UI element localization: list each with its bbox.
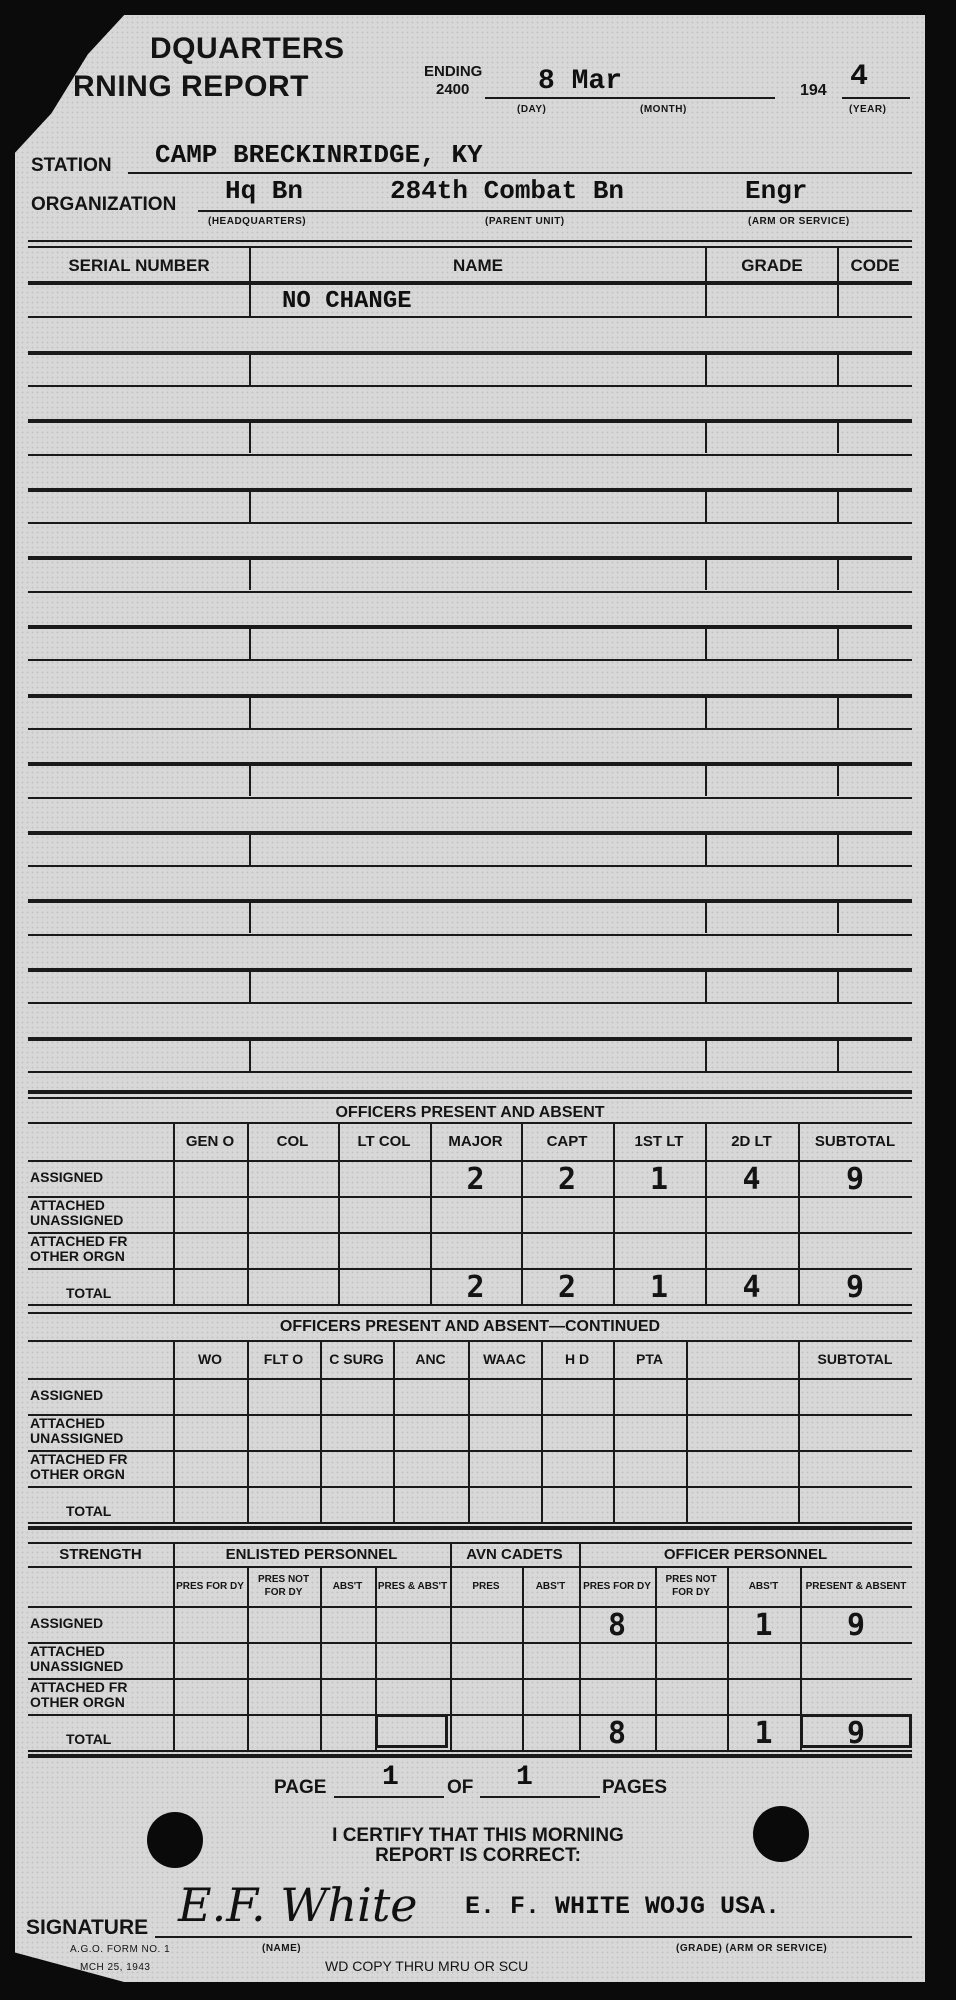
strength-cell-value[interactable]: 1	[727, 1608, 800, 1643]
roster-col-divider	[705, 556, 707, 590]
roster-col-divider	[837, 1037, 839, 1071]
roster-col-divider	[837, 625, 839, 659]
officers-cell-value[interactable]: 1	[613, 1270, 705, 1305]
roster-col-divider	[249, 625, 251, 659]
officers-continued-col-header: PTA	[613, 1340, 686, 1378]
roster-col-divider	[837, 351, 839, 385]
col-serial-number: SERIAL NUMBER	[28, 256, 250, 276]
roster-col-divider	[837, 282, 839, 316]
officers-cell-value[interactable]: 9	[798, 1270, 912, 1305]
strength-col-header: ABS'T	[727, 1566, 800, 1606]
officers-continued-col-header: ANC	[393, 1340, 468, 1378]
caption-headquarters: (HEADQUARTERS)	[208, 216, 306, 227]
officers-col-header: 1ST LT	[613, 1122, 705, 1160]
strength-cell-value[interactable]: 9	[800, 1608, 912, 1643]
roster-col-divider	[837, 831, 839, 865]
col-grade: GRADE	[706, 256, 838, 276]
officers-col-header: 2D LT	[705, 1122, 798, 1160]
roster-col-divider	[249, 351, 251, 385]
certify-line1: I CERTIFY THAT THIS MORNING	[250, 1826, 706, 1846]
col-name: NAME	[250, 256, 706, 276]
roster-col-divider	[705, 419, 707, 453]
caption-grade-arm: (GRADE) (ARM OR SERVICE)	[676, 1943, 827, 1954]
strength-row-label: ATTACHED UNASSIGNED	[30, 1644, 170, 1674]
station-label: STATION	[31, 155, 112, 177]
strength-col-header: PRES NOT FOR DY	[247, 1566, 320, 1606]
officers-col-header: MAJOR	[430, 1122, 521, 1160]
strength-row-label: ATTACHED FR OTHER ORGN	[30, 1680, 170, 1710]
handwritten-signature[interactable]: E.F. White	[178, 1878, 418, 1932]
station-value[interactable]: CAMP BRECKINRIDGE, KY	[155, 140, 483, 170]
officers-col-header: GEN O	[173, 1122, 247, 1160]
officers-continued-col-header: FLT O	[247, 1340, 320, 1378]
caption-name: (NAME)	[262, 1943, 301, 1954]
strength-col-header: ABS'T	[320, 1566, 375, 1606]
total-box	[800, 1714, 912, 1748]
col-code: CODE	[838, 256, 912, 276]
officers-continued-col-header: C SURG	[320, 1340, 393, 1378]
officers-continued-col-header: H D	[541, 1340, 613, 1378]
officers-col-header: CAPT	[521, 1122, 613, 1160]
officers-col-header: SUBTOTAL	[798, 1122, 912, 1160]
organization-label: ORGANIZATION	[31, 194, 176, 216]
strength-cell-value[interactable]: 8	[579, 1716, 655, 1751]
strength-col-header: PRES FOR DY	[579, 1566, 655, 1606]
caption-arm: (ARM OR SERVICE)	[748, 216, 850, 227]
roster-col-divider	[249, 282, 251, 316]
roster-col-divider	[705, 488, 707, 522]
officers-continued-col-header: SUBTOTAL	[798, 1340, 912, 1378]
year-caption: (YEAR)	[849, 104, 886, 115]
roster-col-divider	[705, 762, 707, 796]
roster-col-divider	[705, 282, 707, 316]
roster-col-divider	[249, 831, 251, 865]
organization-parent-unit[interactable]: 284th Combat Bn	[390, 176, 624, 206]
officers-cell-value[interactable]: 4	[705, 1270, 798, 1305]
pages-label: PAGES	[602, 1777, 667, 1799]
page-value[interactable]: 1	[382, 1762, 399, 1793]
typed-signature-name[interactable]: E. F. WHITE WOJG USA.	[465, 1892, 780, 1921]
roster-col-divider	[837, 488, 839, 522]
roster-col-divider	[837, 762, 839, 796]
strength-cell-value[interactable]: 1	[727, 1716, 800, 1751]
roster-col-divider	[705, 1037, 707, 1071]
total-box	[375, 1714, 448, 1748]
roster-col-divider	[837, 899, 839, 933]
strength-group-header: AVN CADETS	[450, 1542, 579, 1566]
officers-row-label: ATTACHED UNASSIGNED	[30, 1198, 170, 1228]
officers-continued-row-label: ATTACHED UNASSIGNED	[30, 1416, 170, 1446]
form-number: A.G.O. FORM NO. 1	[70, 1944, 170, 1955]
day-caption: (DAY)	[517, 104, 546, 115]
officers-continued-col-header: WAAC	[468, 1340, 541, 1378]
strength-col-header: PRES	[450, 1566, 522, 1606]
roster-col-divider	[705, 968, 707, 1002]
ending-time-label: 2400	[436, 82, 469, 97]
officers-row-label: ASSIGNED	[30, 1170, 170, 1185]
month-caption: (MONTH)	[640, 104, 687, 115]
roster-col-divider	[705, 351, 707, 385]
ending-label: ENDING	[424, 64, 482, 79]
roster-col-divider	[249, 694, 251, 728]
strength-col-header: PRES FOR DY	[173, 1566, 247, 1606]
officers-col-header: COL	[247, 1122, 338, 1160]
officers-continued-title: OFFICERS PRESENT AND ABSENT—CONTINUED	[28, 1318, 912, 1336]
roster-col-divider	[249, 762, 251, 796]
roster-col-divider	[837, 556, 839, 590]
strength-group-header: ENLISTED PERSONNEL	[173, 1542, 450, 1566]
roster-col-divider	[837, 968, 839, 1002]
strength-col-header: PRES & ABS'T	[375, 1566, 450, 1606]
year-prefix: 194	[800, 82, 827, 100]
certify-line2: REPORT IS CORRECT:	[250, 1846, 706, 1866]
roster-col-divider	[249, 556, 251, 590]
officers-continued-col-header: WO	[173, 1340, 247, 1378]
officers-title: OFFICERS PRESENT AND ABSENT	[28, 1104, 912, 1122]
roster-col-divider	[249, 419, 251, 453]
strength-row-label: TOTAL	[30, 1732, 206, 1747]
date-value[interactable]: 8 Mar	[538, 66, 622, 97]
officers-col-header: LT COL	[338, 1122, 430, 1160]
strength-cell-value[interactable]: 8	[579, 1608, 655, 1643]
page-label: PAGE	[274, 1777, 326, 1799]
officers-cell-value[interactable]: 2	[430, 1270, 521, 1305]
roster-col-divider	[837, 694, 839, 728]
punch-hole-left	[147, 1812, 203, 1868]
organization-headquarters[interactable]: Hq Bn	[225, 176, 303, 206]
officers-continued-col-header	[686, 1340, 798, 1378]
roster-entry-name[interactable]: NO CHANGE	[282, 288, 412, 315]
roster-col-divider	[249, 488, 251, 522]
year-value[interactable]: 4	[850, 60, 868, 94]
roster-col-divider	[705, 831, 707, 865]
officers-cell-value[interactable]: 2	[430, 1162, 521, 1197]
form-title-line1: DQUARTERS	[150, 32, 345, 66]
roster-col-divider	[837, 419, 839, 453]
copy-note: WD COPY THRU MRU OR SCU	[325, 1958, 528, 1974]
form-title-line2: RNING REPORT	[73, 70, 309, 104]
caption-parent-unit: (PARENT UNIT)	[485, 216, 565, 227]
officers-cell-value[interactable]: 2	[521, 1162, 613, 1197]
punch-hole-right	[753, 1806, 809, 1862]
officers-cell-value[interactable]: 1	[613, 1162, 705, 1197]
officers-row-label: ATTACHED FR OTHER ORGN	[30, 1234, 170, 1264]
officers-cell-value[interactable]: 4	[705, 1162, 798, 1197]
roster-col-divider	[249, 968, 251, 1002]
form-date: MCH 25, 1943	[80, 1962, 150, 1973]
strength-col-header: PRESENT & ABSENT	[800, 1566, 912, 1606]
roster-col-divider	[705, 899, 707, 933]
officers-cell-value[interactable]: 2	[521, 1270, 613, 1305]
strength-label: STRENGTH	[28, 1542, 173, 1566]
strength-row-label: ASSIGNED	[30, 1616, 170, 1631]
of-label: OF	[447, 1777, 473, 1799]
officers-row-label: TOTAL	[30, 1286, 206, 1301]
roster-col-divider	[249, 1037, 251, 1071]
strength-col-header: ABS'T	[522, 1566, 579, 1606]
organization-arm[interactable]: Engr	[745, 176, 807, 206]
officers-continued-row-label: ASSIGNED	[30, 1388, 170, 1403]
strength-group-header: OFFICER PERSONNEL	[579, 1542, 912, 1566]
roster-col-divider	[249, 899, 251, 933]
roster-col-divider	[705, 694, 707, 728]
officers-continued-row-label: TOTAL	[30, 1504, 206, 1519]
roster-col-divider	[705, 625, 707, 659]
officers-cell-value[interactable]: 9	[798, 1162, 912, 1197]
of-value[interactable]: 1	[516, 1762, 533, 1793]
officers-continued-row-label: ATTACHED FR OTHER ORGN	[30, 1452, 170, 1482]
signature-label: SIGNATURE	[26, 1916, 148, 1940]
strength-col-header: PRES NOT FOR DY	[655, 1566, 727, 1606]
